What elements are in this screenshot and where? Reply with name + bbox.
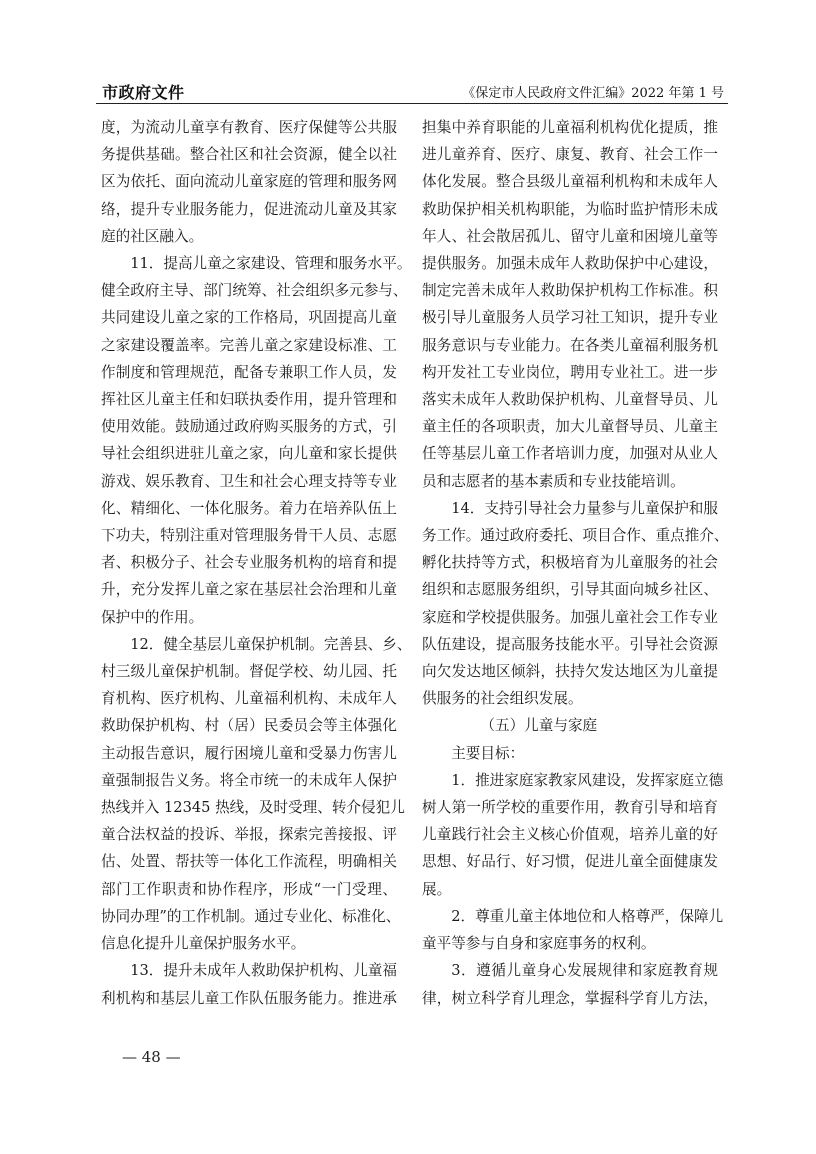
goals-label: 主要目标：	[422, 740, 718, 767]
paragraph-item-13: 13．提升未成年人救助保护机构、儿童福利机构和基层儿童工作队伍服务能力。推进承	[101, 957, 397, 1011]
right-column: 担集中养育职能的儿童福利机构优化提质，推进儿童养育、医疗、康复、教育、社会工作一…	[422, 114, 718, 1012]
text-line: 估、处置、帮扶等一体化工作流程，明确相关	[101, 848, 397, 875]
section-heading-text: （五）儿童与家庭	[422, 712, 718, 739]
header-divider	[96, 103, 728, 104]
page-number: — 48 —	[122, 1048, 181, 1066]
header-publication-title: 《保定市人民政府文件汇编》2022 年第 1 号	[462, 82, 724, 101]
text-line: 保护中的作用。	[101, 604, 397, 631]
text-line: 游戏、娱乐教育、卫生和社会心理支持等专业	[101, 468, 397, 495]
text-line: 队伍建设，提高服务技能水平。引导社会资源	[422, 631, 718, 658]
text-line: 救助保护机构、村（居）民委员会等主体强化	[101, 712, 397, 739]
text-line: 12．健全基层儿童保护机制。完善县、乡、	[101, 631, 397, 658]
text-line: 展。	[422, 876, 718, 903]
text-line: 进儿童养育、医疗、康复、教育、社会工作一	[422, 141, 718, 168]
text-line: 挥社区儿童主任和妇联执委作用，提升管理和	[101, 386, 397, 413]
text-line: 1．推进家庭家教家风建设，发挥家庭立德	[422, 767, 718, 794]
text-line: 年人、社会散居孤儿、留守儿童和困境儿童等	[422, 223, 718, 250]
goal-item-1: 1．推进家庭家教家风建设，发挥家庭立德树人第一所学校的重要作用，教育引导和培育儿…	[422, 767, 718, 903]
text-line: 区为依托、面向流动儿童家庭的管理和服务网	[101, 168, 397, 195]
text-line: 14．支持引导社会力量参与儿童保护和服	[422, 495, 718, 522]
text-line: 儿童践行社会主义核心价值观，培养儿童的好	[422, 821, 718, 848]
text-line: 体化发展。整合县级儿童福利机构和未成年人	[422, 168, 718, 195]
paragraph-item-13-continued: 担集中养育职能的儿童福利机构优化提质，推进儿童养育、医疗、康复、教育、社会工作一…	[422, 114, 718, 495]
text-line: 务提供基础。整合社区和社会资源，健全以社	[101, 141, 397, 168]
text-line: 极引导儿童服务人员学习社工知识，提升专业	[422, 304, 718, 331]
text-line: 化、精细化、一体化服务。着力在培养队伍上	[101, 495, 397, 522]
paragraph-item-14: 14．支持引导社会力量参与儿童保护和服务工作。通过政府委托、项目合作、重点推介、…	[422, 495, 718, 713]
header-section-title: 市政府文件	[102, 80, 185, 103]
text-line: 庭的社区融入。	[101, 223, 397, 250]
left-column: 度，为流动儿童享有教育、医疗保健等公共服务提供基础。整合社区和社会资源，健全以社…	[101, 114, 397, 1012]
text-line: 家庭和学校提供服务。加强儿童社会工作专业	[422, 604, 718, 631]
text-line: 升，充分发挥儿童之家在基层社会治理和儿童	[101, 576, 397, 603]
text-line: 组织和志愿服务组织，引导其面向城乡社区、	[422, 576, 718, 603]
text-line: 利机构和基层儿童工作队伍服务能力。推进承	[101, 985, 397, 1012]
text-line: 热线并入 12345 热线，及时受理、转介侵犯儿	[101, 794, 397, 821]
text-line: 务工作。通过政府委托、项目合作、重点推介、	[422, 522, 718, 549]
text-line: 担集中养育职能的儿童福利机构优化提质，推	[422, 114, 718, 141]
text-line: 导社会组织进驻儿童之家，向儿童和家长提供	[101, 440, 397, 467]
text-line: 树人第一所学校的重要作用，教育引导和培育	[422, 794, 718, 821]
text-line: 孵化扶持等方式，积极培育为儿童服务的社会	[422, 549, 718, 576]
text-line: 童平等参与自身和家庭事务的权利。	[422, 930, 718, 957]
text-line: 共同建设儿童之家的工作格局，巩固提高儿童	[101, 304, 397, 331]
text-line: 信息化提升儿童保护服务水平。	[101, 930, 397, 957]
text-line: 主动报告意识，履行困境儿童和受暴力伤害儿	[101, 740, 397, 767]
text-line: 使用效能。鼓励通过政府购买服务的方式，引	[101, 413, 397, 440]
section-heading: （五）儿童与家庭	[422, 712, 718, 739]
text-line: 3．遵循儿童身心发展规律和家庭教育规	[422, 957, 718, 984]
text-line: 者、积极分子、社会专业服务机构的培育和提	[101, 549, 397, 576]
text-line: 提供服务。加强未成年人救助保护中心建设，	[422, 250, 718, 277]
text-line: 供服务的社会组织发展。	[422, 685, 718, 712]
text-line: 育机构、医疗机构、儿童福利机构、未成年人	[101, 685, 397, 712]
paragraph-item-11: 11．提高儿童之家建设、管理和服务水平。健全政府主导、部门统筹、社会组织多元参与…	[101, 250, 397, 631]
paragraph-item-12: 12．健全基层儿童保护机制。完善县、乡、村三级儿童保护机制。督促学校、幼儿园、托…	[101, 631, 397, 957]
text-line: 制定完善未成年人救助保护机构工作标准。积	[422, 277, 718, 304]
text-line: 度，为流动儿童享有教育、医疗保健等公共服	[101, 114, 397, 141]
text-line: 任等基层儿童工作者培训力度，加强对从业人	[422, 440, 718, 467]
text-line: 员和志愿者的基本素质和专业技能培训。	[422, 468, 718, 495]
text-line: 童强制报告义务。将全市统一的未成年人保护	[101, 767, 397, 794]
text-line: 11．提高儿童之家建设、管理和服务水平。	[101, 250, 397, 277]
text-line: 下功夫，特别注重对管理服务骨干人员、志愿	[101, 522, 397, 549]
goals-label-text: 主要目标：	[422, 740, 718, 767]
text-line: 救助保护相关机构职能，为临时监护情形未成	[422, 196, 718, 223]
paragraph-continuation: 度，为流动儿童享有教育、医疗保健等公共服务提供基础。整合社区和社会资源，健全以社…	[101, 114, 397, 250]
text-line: 络，提升专业服务能力，促进流动儿童及其家	[101, 196, 397, 223]
text-line: 思想、好品行、好习惯，促进儿童全面健康发	[422, 848, 718, 875]
text-line: 2．尊重儿童主体地位和人格尊严，保障儿	[422, 903, 718, 930]
text-line: 童合法权益的投诉、举报，探索完善接报、评	[101, 821, 397, 848]
text-line: 服务意识与专业能力。在各类儿童福利服务机	[422, 332, 718, 359]
text-line: 村三级儿童保护机制。督促学校、幼儿园、托	[101, 658, 397, 685]
text-line: 落实未成年人救助保护机构、儿童督导员、儿	[422, 386, 718, 413]
text-line: 作制度和管理规范，配备专兼职工作人员，发	[101, 359, 397, 386]
text-line: 健全政府主导、部门统筹、社会组织多元参与、	[101, 277, 397, 304]
text-line: 之家建设覆盖率。完善儿童之家建设标准、工	[101, 332, 397, 359]
goal-item-2: 2．尊重儿童主体地位和人格尊严，保障儿童平等参与自身和家庭事务的权利。	[422, 903, 718, 957]
text-line: 律，树立科学育儿理念，掌握科学育儿方法，	[422, 985, 718, 1012]
goal-item-3: 3．遵循儿童身心发展规律和家庭教育规律，树立科学育儿理念，掌握科学育儿方法，	[422, 957, 718, 1011]
text-line: 协同办理”的工作机制。通过专业化、标准化、	[101, 903, 397, 930]
text-line: 构开发社工专业岗位，聘用专业社工。进一步	[422, 359, 718, 386]
text-line: 童主任的各项职责，加大儿童督导员、儿童主	[422, 413, 718, 440]
text-line: 向欠发达地区倾斜，扶持欠发达地区为儿童提	[422, 658, 718, 685]
text-line: 部门工作职责和协作程序，形成“一门受理、	[101, 876, 397, 903]
text-line: 13．提升未成年人救助保护机构、儿童福	[101, 957, 397, 984]
running-header: 市政府文件 《保定市人民政府文件汇编》2022 年第 1 号	[96, 78, 726, 102]
